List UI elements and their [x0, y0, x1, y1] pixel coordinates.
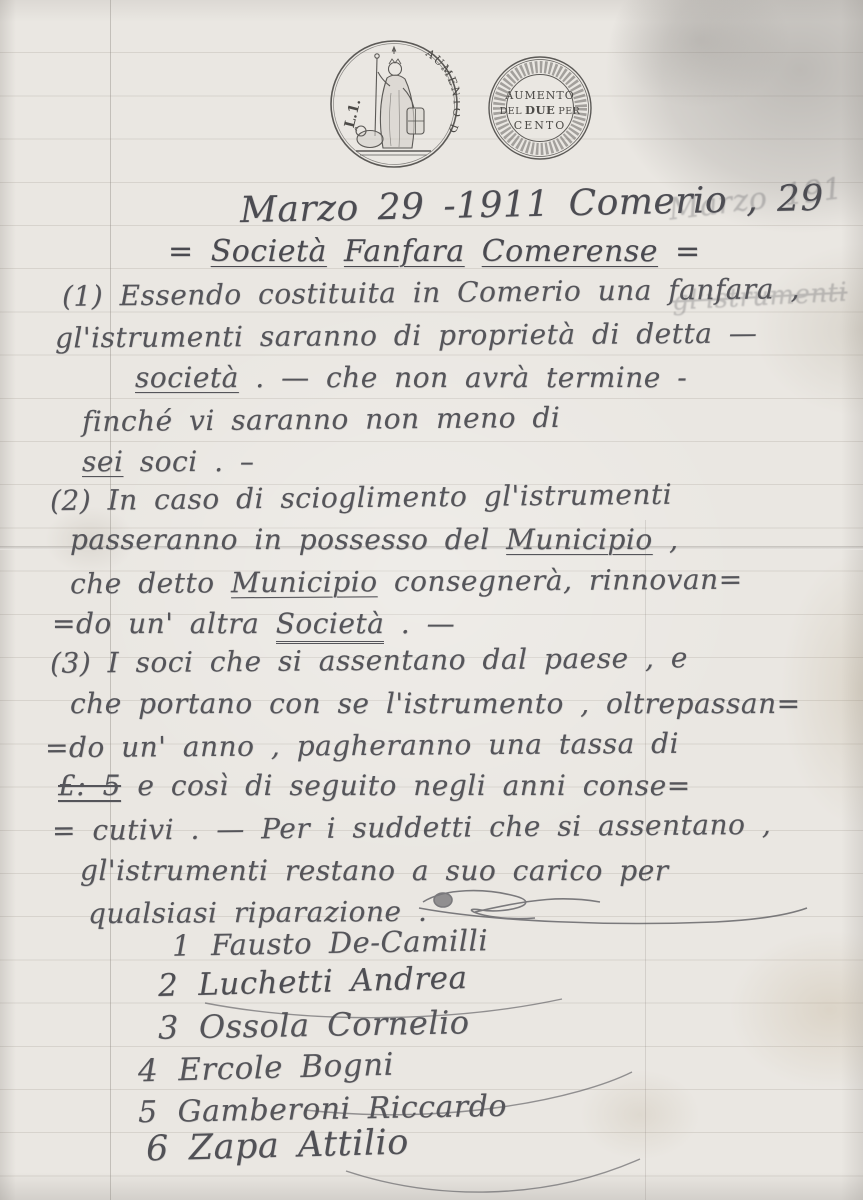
- line-text: =do un' altra: [52, 607, 276, 640]
- title-word-societa: Società: [211, 234, 327, 269]
- manuscript-page: L.1. AUMENTO DI 2/10 AUMENTO DELDUEPER C…: [0, 0, 863, 1200]
- handwritten-line: (2) In caso di scioglimento gl'istrument…: [50, 478, 672, 518]
- handwritten-line: finché vi saranno non meno di: [82, 401, 561, 438]
- line-text: e così di seguito negli anni conse=: [121, 769, 691, 802]
- signature-row: 2Luchetti Andrea: [158, 960, 468, 1004]
- title-eq-close: =: [658, 234, 701, 269]
- allegorical-figure-icon: [355, 54, 431, 155]
- handwritten-line: gl'istrumenti restano a suo carico per: [80, 854, 669, 887]
- handwritten-line: =do un' altra Società . —: [52, 607, 455, 640]
- document-title: = Società Fanfara Comerense =: [168, 234, 701, 269]
- stamp-text-line2: DELDUEPER: [500, 103, 581, 117]
- revenue-stamp-text: AUMENTO DELDUEPER CENTO: [486, 54, 594, 162]
- handwritten-line: sei soci . –: [82, 445, 254, 478]
- signature-number: 2: [158, 968, 179, 1005]
- handwritten-line: che detto Municipio consegnerà, rinnovan…: [70, 563, 743, 601]
- lire-amount: £: 5: [58, 769, 121, 802]
- handwritten-line: (3) I soci che si assentano dal paese , …: [50, 641, 688, 680]
- line-text: . —: [384, 607, 455, 640]
- signature-number: 4: [138, 1053, 159, 1090]
- stamp-denomination: L.1.: [342, 97, 365, 129]
- stamp-text-line3: CENTO: [514, 119, 566, 132]
- handwritten-line: £: 5 e così di seguito negli anni conse=: [58, 769, 691, 802]
- underlined-word: Società: [276, 607, 385, 644]
- handwritten-line: = cutivi . — Per i suddetti che si assen…: [52, 808, 771, 847]
- line-text: soci . –: [123, 445, 254, 478]
- handwritten-line: passeranno in possesso del Municipio ,: [70, 523, 679, 556]
- line-text: consegnerà, rinnovan=: [377, 563, 742, 599]
- handwritten-line: gl'istrumenti saranno di proprietà di de…: [55, 317, 758, 355]
- signature-number: 5: [138, 1095, 158, 1130]
- title-word-comerense: Comerense: [482, 234, 658, 269]
- signature-row: 4Ercole Bogni: [138, 1047, 395, 1090]
- signature-row: 6Zapa Attilio: [146, 1123, 410, 1170]
- line-text: che detto: [70, 566, 231, 600]
- signature-row: 1Fausto De-Camilli: [172, 923, 489, 963]
- title-word-fanfara: Fanfara: [344, 234, 465, 269]
- signature-row: 3Ossola Cornelio: [158, 1003, 470, 1046]
- line-text: . — che non avrà termine -: [239, 361, 687, 394]
- signature-name: Ossola Cornelio: [199, 1003, 470, 1046]
- stamp-text-line1: AUMENTO: [504, 89, 575, 102]
- signature-name: Zapa Attilio: [188, 1123, 409, 1169]
- handwritten-line: società . — che non avrà termine -: [135, 361, 687, 394]
- handwritten-line: che portano con se l'istrumento , oltrep…: [70, 687, 801, 720]
- signature-name: Fausto De-Camilli: [211, 923, 489, 962]
- underlined-word: sei: [82, 445, 123, 478]
- line-text: passeranno in possesso del: [70, 523, 506, 556]
- star-icon: [392, 47, 395, 54]
- title-eq-open: =: [168, 234, 211, 269]
- underlined-word: Municipio: [506, 523, 653, 556]
- signature-number: 1: [172, 928, 192, 962]
- signature-name: Luchetti Andrea: [198, 960, 468, 1003]
- underlined-word: Municipio: [231, 565, 378, 599]
- revenue-stamp-figure: L.1. AUMENTO DI 2/10: [328, 38, 460, 170]
- signature-number: 3: [158, 1008, 180, 1046]
- handwritten-line: =do un' anno , pagheranno una tassa di: [45, 727, 679, 764]
- underlined-word: società: [135, 361, 239, 394]
- title-space: [465, 234, 482, 269]
- title-space: [327, 234, 344, 269]
- signature-name: Ercole Bogni: [178, 1047, 395, 1089]
- signature-number: 6: [146, 1129, 170, 1170]
- line-text: ,: [653, 523, 679, 556]
